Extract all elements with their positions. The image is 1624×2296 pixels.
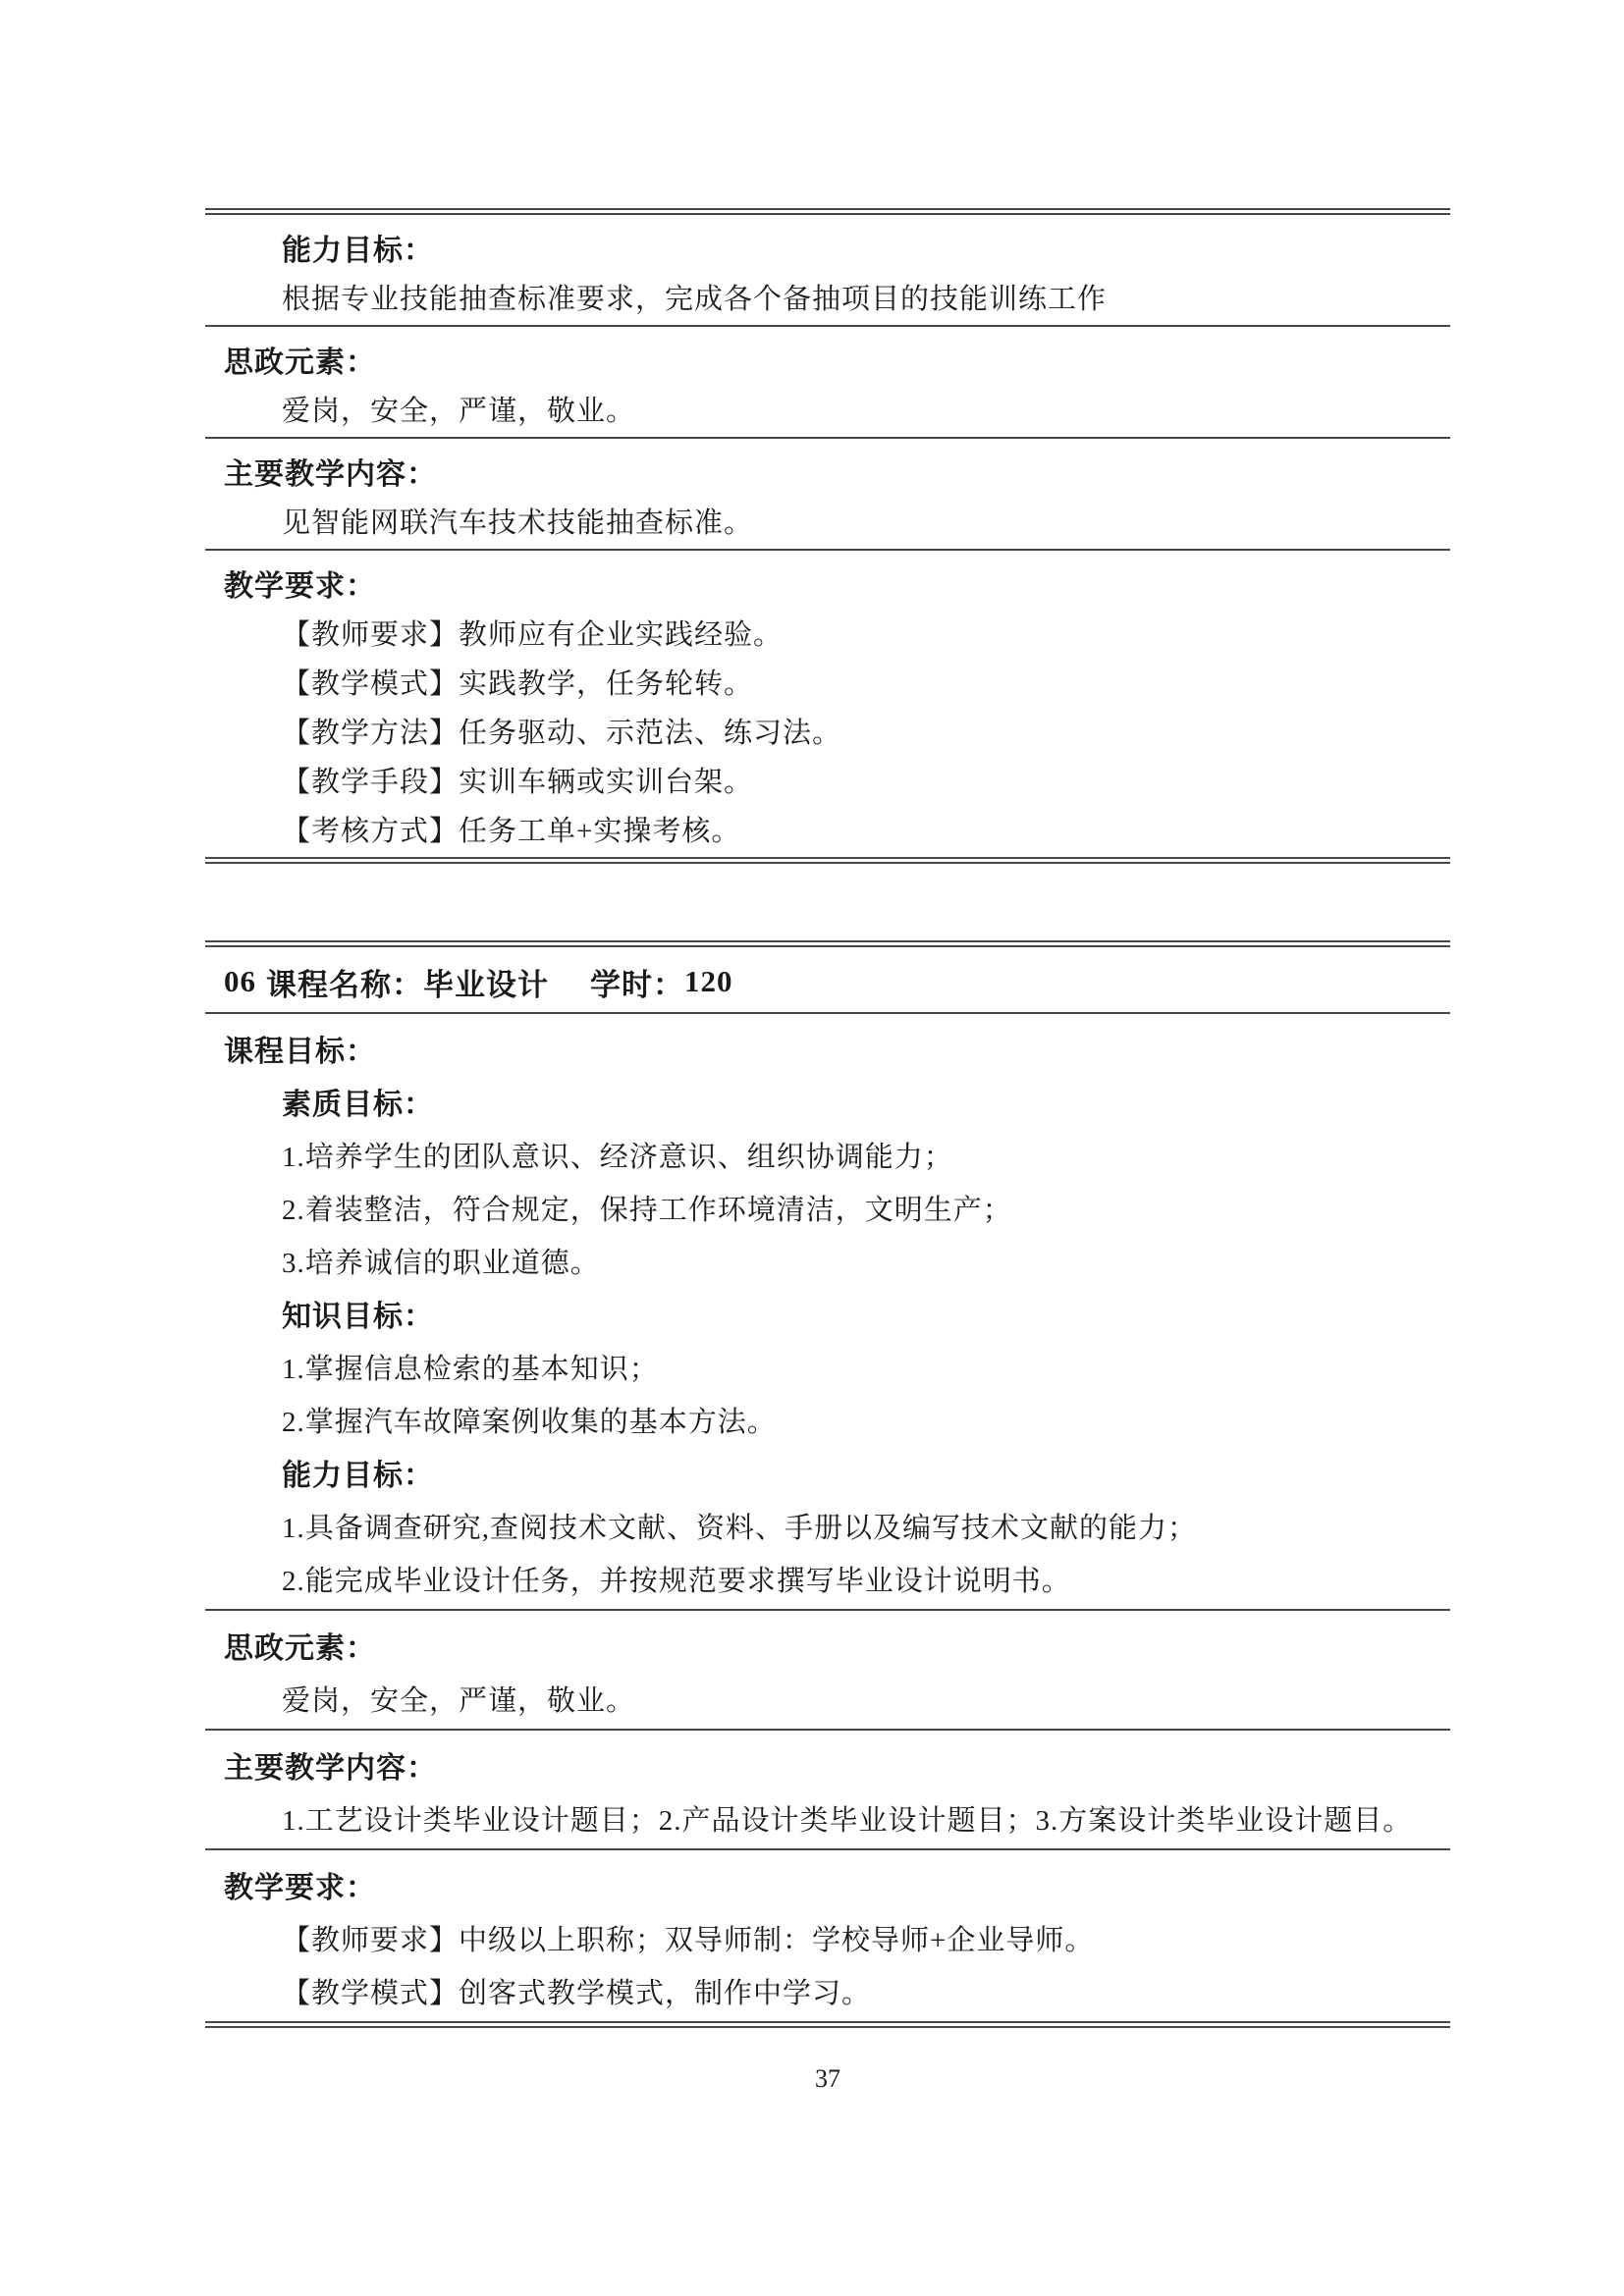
course-name: 毕业设计	[423, 960, 549, 1004]
requirement-item: 【教师要求】教师应有企业实践经验。	[205, 608, 1450, 657]
course-number: 06	[224, 964, 256, 999]
quality-objective-item: 1.培养学生的团队意识、经济意识、组织协调能力；	[205, 1128, 1450, 1181]
ideology-text: 爱岗，安全，严谨，敬业。	[205, 1672, 1450, 1725]
table1-ideology-row: 思政元素： 爱岗，安全，严谨，敬业。	[205, 327, 1450, 437]
requirement-item: 【教师要求】中级以上职称；双导师制：学校导师+企业导师。	[205, 1911, 1450, 1964]
requirement-item: 【教学手段】实训车辆或实训台架。	[205, 755, 1450, 804]
quality-objectives-label: 素质目标：	[205, 1075, 1450, 1128]
knowledge-objective-item: 2.掌握汽车故障案例收集的基本方法。	[205, 1393, 1450, 1446]
table1-teaching-requirements-row: 教学要求： 【教师要求】教师应有企业实践经验。 【教学模式】实践教学，任务轮转。…	[205, 551, 1450, 857]
table2-ideology-row: 思政元素： 爱岗，安全，严谨，敬业。	[205, 1611, 1450, 1729]
requirement-item: 【教学模式】创客式教学模式，制作中学习。	[205, 1964, 1450, 2017]
ability-objectives-label: 能力目标：	[205, 1446, 1450, 1499]
teaching-requirements-label: 教学要求：	[205, 559, 1450, 608]
table1-bottom-border	[205, 857, 1450, 864]
teaching-content-text: 见智能网联汽车技术技能抽查标准。	[205, 496, 1450, 545]
requirement-item: 【教学模式】实践教学，任务轮转。	[205, 657, 1450, 706]
knowledge-objective-item: 1.掌握信息检索的基本知识；	[205, 1340, 1450, 1393]
course-objectives-label: 课程目标：	[205, 1022, 1450, 1075]
table1-ability-objectives-row: 能力目标： 根据专业技能抽查标准要求，完成各个备抽项目的技能训练工作	[205, 215, 1450, 325]
ideology-text: 爱岗，安全，严谨，敬业。	[205, 384, 1450, 433]
teaching-content-label: 主要教学内容：	[205, 1738, 1450, 1791]
table1-teaching-content-row: 主要教学内容： 见智能网联汽车技术技能抽查标准。	[205, 439, 1450, 549]
table2-teaching-requirements-row: 教学要求： 【教师要求】中级以上职称；双导师制：学校导师+企业导师。 【教学模式…	[205, 1850, 1450, 2021]
table2-top-border	[205, 940, 1450, 947]
table2-header-row: 06 课程名称： 毕业设计 学时： 120	[205, 947, 1450, 1012]
teaching-content-label: 主要教学内容：	[205, 447, 1450, 496]
teaching-requirements-label: 教学要求：	[205, 1858, 1450, 1911]
table2-course-objectives-row: 课程目标： 素质目标： 1.培养学生的团队意识、经济意识、组织协调能力； 2.着…	[205, 1014, 1450, 1609]
ideology-label: 思政元素：	[205, 335, 1450, 384]
table2-teaching-content-row: 主要教学内容： 1.工艺设计类毕业设计题目；2.产品设计类毕业设计题目；3.方案…	[205, 1731, 1450, 1848]
page-number: 37	[205, 2064, 1450, 2094]
course-syllabus-tables: 能力目标： 根据专业技能抽查标准要求，完成各个备抽项目的技能训练工作 思政元素：…	[205, 208, 1450, 2028]
ability-objective-item: 1.具备调查研究,查阅技术文献、资料、手册以及编写技术文献的能力；	[205, 1499, 1450, 1552]
ability-objectives-label: 能力目标：	[205, 223, 1450, 272]
quality-objective-item: 3.培养诚信的职业道德。	[205, 1234, 1450, 1287]
teaching-content-text: 1.工艺设计类毕业设计题目；2.产品设计类毕业设计题目；3.方案设计类毕业设计题…	[205, 1791, 1450, 1844]
course-hours: 120	[684, 964, 733, 999]
table-gap	[205, 864, 1450, 940]
table1-top-border	[205, 208, 1450, 215]
table2-bottom-border	[205, 2021, 1450, 2028]
knowledge-objectives-label: 知识目标：	[205, 1287, 1450, 1340]
course-header: 06 课程名称： 毕业设计 学时： 120	[205, 955, 1450, 1008]
requirement-item: 【考核方式】任务工单+实操考核。	[205, 804, 1450, 853]
ability-objectives-text: 根据专业技能抽查标准要求，完成各个备抽项目的技能训练工作	[205, 272, 1450, 321]
course-hours-label: 学时：	[590, 960, 684, 1004]
ideology-label: 思政元素：	[205, 1619, 1450, 1672]
requirement-item: 【教学方法】任务驱动、示范法、练习法。	[205, 706, 1450, 755]
course-name-label: 课程名称：	[266, 960, 423, 1004]
ability-objective-item: 2.能完成毕业设计任务，并按规范要求撰写毕业设计说明书。	[205, 1552, 1450, 1605]
quality-objective-item: 2.着装整洁，符合规定，保持工作环境清洁，文明生产；	[205, 1181, 1450, 1234]
document-page: { "page_number": "37", "colors": { "text…	[0, 0, 1624, 2296]
